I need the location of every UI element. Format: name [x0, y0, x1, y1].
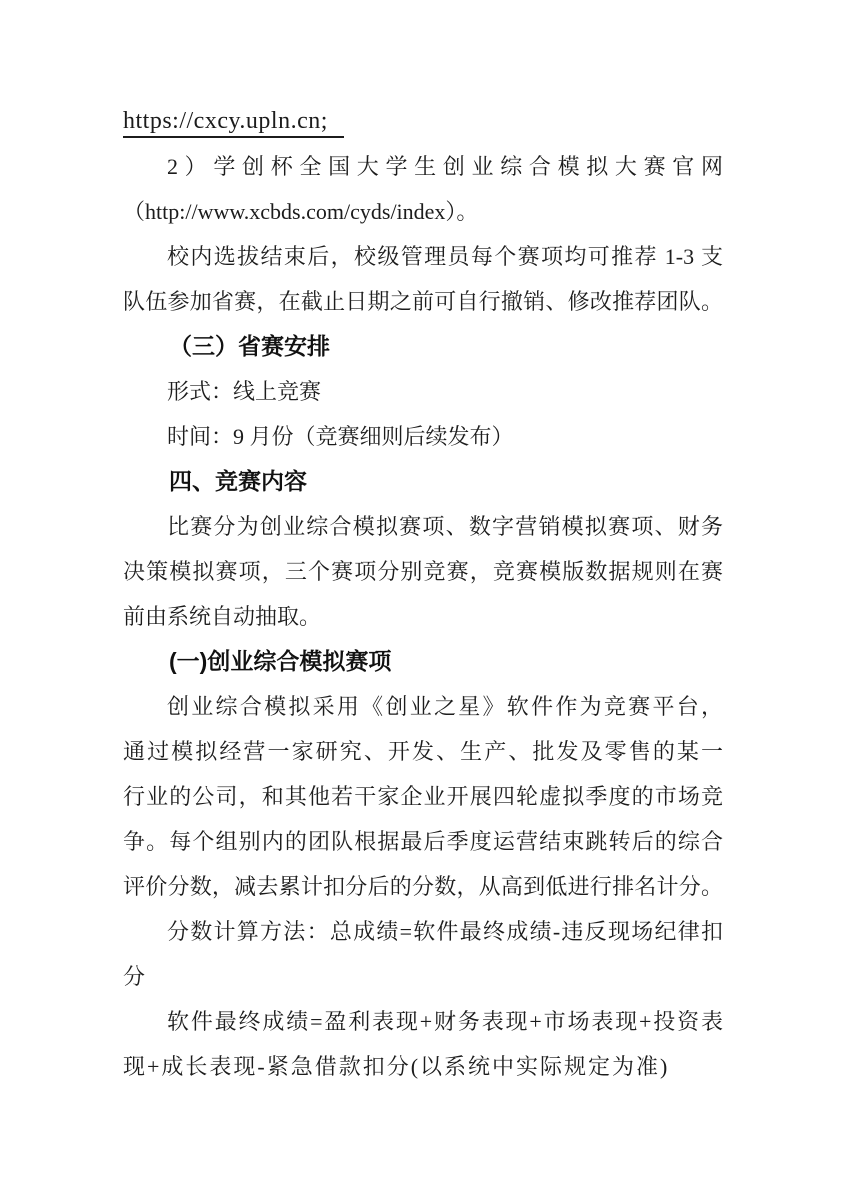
paragraph-line: 队伍参加省赛，在截止日期之前可自行撤销、修改推荐团队。 — [123, 279, 723, 324]
paragraph-line: （http://www.xcbds.com/cyds/index）。 — [123, 189, 723, 234]
paragraph-line: 分数计算方法：总成绩=软件最终成绩-违反现场纪律扣 — [123, 909, 723, 954]
paragraph-line: 评价分数，减去累计扣分后的分数，从高到低进行排名计分。 — [123, 864, 723, 909]
paragraph-line: 通过模拟经营一家研究、开发、生产、批发及零售的某一 — [123, 729, 723, 774]
document-page: https://cxcy.upln.cn;2）学创杯全国大学生创业综合模拟大赛官… — [123, 99, 723, 1089]
paragraph-line: 比赛分为创业综合模拟赛项、数字营销模拟赛项、财务 — [123, 504, 723, 549]
section-heading: (一)创业综合模拟赛项 — [123, 639, 723, 684]
paragraph-line: 创业综合模拟采用《创业之星》软件作为竞赛平台， — [123, 684, 723, 729]
document-line: https://cxcy.upln.cn; — [123, 99, 723, 144]
section-heading: （三）省赛安排 — [123, 324, 723, 369]
paragraph-line: 现+成长表现-紧急借款扣分(以系统中实际规定为准) — [123, 1044, 723, 1089]
paragraph-line: 校内选拔结束后，校级管理员每个赛项均可推荐 1-3 支 — [123, 234, 723, 279]
hyperlink[interactable]: https://cxcy.upln.cn; — [123, 106, 344, 138]
paragraph-line: 分 — [123, 954, 723, 999]
paragraph-line: 行业的公司，和其他若干家企业开展四轮虚拟季度的市场竞 — [123, 774, 723, 819]
paragraph-line: 软件最终成绩=盈利表现+财务表现+市场表现+投资表 — [123, 999, 723, 1044]
paragraph-line: 前由系统自动抽取。 — [123, 594, 723, 639]
paragraph-line: 时间：9 月份（竞赛细则后续发布） — [123, 414, 723, 459]
paragraph-line: 形式：线上竞赛 — [123, 369, 723, 414]
paragraph-line: 争。每个组别内的团队根据最后季度运营结束跳转后的综合 — [123, 819, 723, 864]
paragraph-line: 决策模拟赛项，三个赛项分别竞赛，竞赛模版数据规则在赛 — [123, 549, 723, 594]
section-heading: 四、竞赛内容 — [123, 459, 723, 504]
paragraph-line: 2）学创杯全国大学生创业综合模拟大赛官网 — [123, 144, 723, 189]
